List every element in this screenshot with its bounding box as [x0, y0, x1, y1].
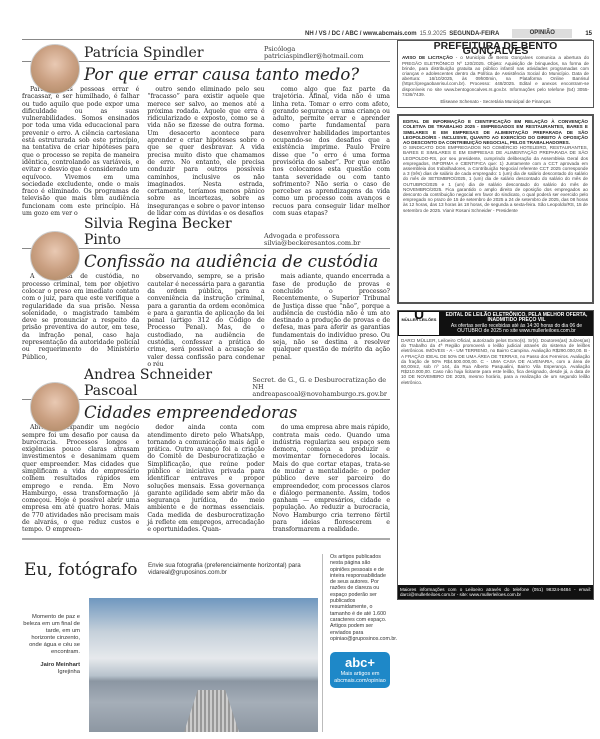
author-email[interactable]: andreapascoal@novohamburgo.rs.gov.br [252, 391, 390, 398]
author-email[interactable]: patriciaspindler@hotmail.com [264, 53, 364, 60]
divider [22, 538, 390, 540]
photo-caption: Momento de paz e beleza em um final de t… [22, 614, 80, 656]
article-title: Cidades empreendedoras [84, 403, 390, 422]
avatar [30, 231, 80, 281]
page-header: NH / VS / DC / ABC / www.abcmais.com 15.… [22, 28, 592, 40]
article-column: mais adiante, quando encerrada a fase de… [273, 273, 390, 361]
author-email[interactable]: silvia@beckeresantos.com.br [264, 240, 360, 247]
author-role: Secret. de G., G. e Desburocratização de… [252, 377, 390, 391]
abc-promo-button[interactable]: abc+ Mais artigos em abcmais.com/opiniao [330, 652, 390, 688]
avatar [30, 44, 80, 94]
photo-submission-info: Envie sua fotografia (preferencialmente … [148, 562, 308, 576]
article-column: Para muitas pessoas errar é fracassar, é… [22, 86, 139, 217]
ad-signature: Eliseane Schenato - Secretária Municipal… [402, 99, 589, 104]
ad-sindicato: EDITAL DE INFORMAÇÃO E CIENTIFICAÇÃO EM … [397, 114, 594, 304]
photo-section: Eu, fotógrafo Envie sua fotografia (pref… [22, 554, 390, 732]
pier-graphic [184, 690, 239, 732]
author-name: Silvia Regina Becker Pinto [84, 216, 264, 248]
abc-logo: abc+ [332, 656, 388, 669]
ad-body: O SINDICATO DOS EMPREGADOS NO COMÉRCIO H… [403, 145, 588, 213]
article-silvia: Silvia Regina Becker Pinto Advogada e pr… [22, 227, 390, 368]
ad-prefeitura: PREFEITURA DE BENTO GONÇALVES AVISO DE L… [397, 40, 594, 108]
section-label: OPINIÃO [512, 29, 572, 38]
ad-body: - o Município de Bento Gonçalves comunic… [402, 55, 589, 96]
photographer-name: Jairo Meinhart [22, 662, 80, 669]
weekday: SEGUNDA-FEIRA [449, 31, 499, 37]
legal-ads-column: PREFEITURA DE BENTO GONÇALVES AVISO DE L… [397, 40, 594, 606]
article-andrea: Andrea Schneider Pascoal Secret. de G., … [22, 378, 390, 539]
ad-title: EDITAL DE INFORMAÇÃO E CIENTIFICAÇÃO EM … [403, 119, 588, 145]
author-name: Andrea Schneider Pascoal [84, 367, 252, 399]
photo-section-title: Eu, fotógrafo [24, 560, 137, 580]
page-number: 15 [585, 31, 592, 37]
article-column: outro sendo eliminado pelo seu “fracasso… [147, 86, 264, 217]
ad-subtitle: As ofertas serão recebidas até às 14:30 … [442, 324, 591, 334]
ad-footer: Maiores informações com o Leiloeiro atra… [398, 585, 593, 599]
muller-logo: ÜMÜLLER LEILÕES [398, 311, 440, 336]
article-column: dedor ainda conta com atendimento direto… [147, 424, 264, 533]
article-column: Abrir ou expandir um negócio sempre foi … [22, 424, 139, 533]
photographer-location: Igrejinha [22, 669, 80, 676]
article-title: Confissão na audiência de custódia [84, 252, 390, 271]
promo-text: Mais artigos em abcmais.com/opiniao [332, 671, 388, 684]
opinion-column: Patrícia Spindler Psicólogapatriciaspind… [22, 40, 390, 540]
ad-muller-leiloes: ÜMÜLLER LEILÕES EDITAL DE LEILÃO ELETRÔN… [397, 310, 594, 600]
article-column: A audiência de custódia, no processo cri… [22, 273, 139, 361]
article-column: do uma empresa abre mais rápido, contrat… [273, 424, 390, 533]
ad-body: DARCI MÜLLER, Leiloeiro Oficial, autoriz… [398, 336, 593, 585]
ad-title: PREFEITURA DE BENTO GONÇALVES [402, 44, 589, 54]
issue-date: 15.9.2025 [420, 31, 447, 37]
avatar [30, 382, 80, 432]
publication-name: NH / VS / DC / ABC / www.abcmais.com [305, 31, 417, 37]
author-name: Patrícia Spindler [84, 45, 264, 61]
featured-photo [89, 598, 318, 732]
article-column: observando, sempre, se a prisão cautelar… [147, 273, 264, 368]
article-title: Por que errar causa tanto medo? [84, 65, 390, 84]
article-column: como algo que faz parte da trajetória. A… [273, 86, 390, 217]
article-patricia: Patrícia Spindler Psicólogapatriciaspind… [22, 40, 390, 217]
disclaimer-text: Os artigos publicados nesta página são o… [330, 554, 390, 642]
